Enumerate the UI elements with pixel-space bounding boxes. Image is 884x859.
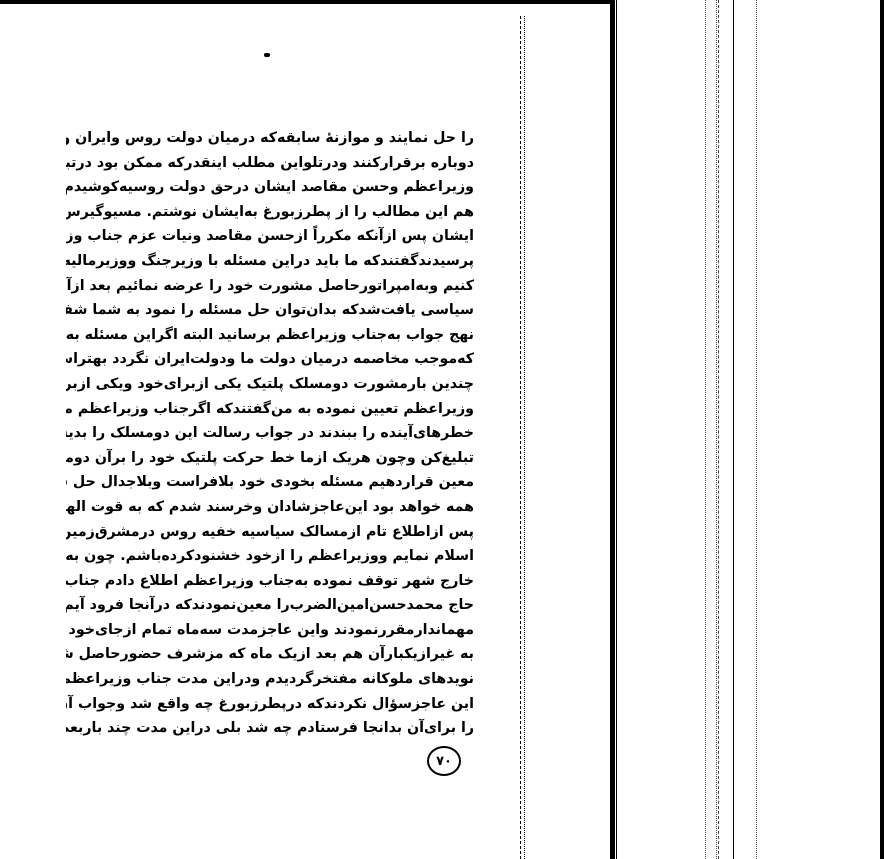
text-line: سیاسی یافت‌شدکه بدان‌توان حل مسئله را نم…: [66, 298, 474, 323]
text-line: نهج جواب به‌جناب وزیراعظم برسانید البته …: [66, 323, 474, 348]
text-line: معین قراردهیم مسئله بخودی خود بلافراست و…: [66, 470, 474, 495]
document-body: را حل نمایند و موازنهٔ سابقه‌که درمیان د…: [66, 126, 474, 741]
scan-noise-column: [756, 0, 757, 859]
text-line: حاج محمدحسن‌امین‌الضرب‌را معین‌نمودندکه …: [66, 593, 474, 618]
text-line: ایشان پس ازآنکه مکرراً ازحسن مقاصد ونیات…: [66, 224, 474, 249]
page-edge: [610, 0, 615, 859]
text-line: خارج شهر توقف نموده به‌جناب وزیراعظم اطل…: [66, 569, 474, 594]
text-line: چندین بارمشورت دومسلک پلتیک یکی ازبرای‌خ…: [66, 372, 474, 397]
scan-noise-column: [718, 0, 719, 859]
scan-noise-column: [716, 0, 717, 859]
scan-right-edge: [880, 0, 884, 859]
scan-noise-column: [733, 0, 734, 859]
text-line: را حل نمایند و موازنهٔ سابقه‌که درمیان د…: [66, 126, 474, 151]
text-line: همه خواهد بود این‌عاجزشادان وخرسند شدم ک…: [66, 495, 474, 520]
text-line: تبلیغ‌کن وچون هریک ازما خط حرکت پلتیک خو…: [66, 446, 474, 471]
text-line: هم این مطالب را از پطرزبورغ به‌ایشان نوش…: [66, 200, 474, 225]
text-line: مهماندارمقررنمودند واین عاجزمدت سه‌ماه ت…: [66, 618, 474, 643]
text-line: خطرهای‌آینده را ببندند در جواب رسالت این…: [66, 421, 474, 446]
text-line: را برای‌آن بدانجا فرستادم چه شد بلی درای…: [66, 716, 474, 741]
scan-noise-column: [705, 0, 706, 859]
text-line: وزیراعظم وحسن مقاصد ایشان درحق دولت روسی…: [66, 175, 474, 200]
text-line: دوباره برقرارکنند ودرتلواین مطلب اینقدرک…: [66, 151, 474, 176]
scan-mark: [264, 53, 270, 57]
text-line: پرسیدندگفتندکه ما باید دراین مسئله با وز…: [66, 249, 474, 274]
text-line: که‌موجب مخاصمه درمیان دولت ما ودولت‌ایرا…: [66, 347, 474, 372]
text-line: پس ازاطلاع تام ازمسالک سیاسیه خفیه روس د…: [66, 520, 474, 545]
text-line: اسلام نمایم ووزیراعظم را ازخود خشنودکرده…: [66, 544, 474, 569]
binding-shadow: [520, 16, 521, 859]
binding-shadow: [524, 16, 525, 859]
text-line: وزیراعظم تعیین نموده به من‌گفتندکه اگرجن…: [66, 397, 474, 422]
text-line: کنیم وبه‌امپراتورحاصل مشورت خود را عرضه …: [66, 274, 474, 299]
text-line: این عاجزسؤال نکردندکه درپطرزبورغ چه واقع…: [66, 692, 474, 717]
text-line: به غیرازیکبارآن هم بعد ازیک ماه که مزشرف…: [66, 642, 474, 667]
text-line: نویدهای ملوکانه مفتخرگردیدم ودراین مدت ج…: [66, 667, 474, 692]
page-edge-thin: [616, 0, 617, 859]
page-number: ۷۰: [427, 746, 461, 776]
scan-top-border: [0, 0, 615, 4]
